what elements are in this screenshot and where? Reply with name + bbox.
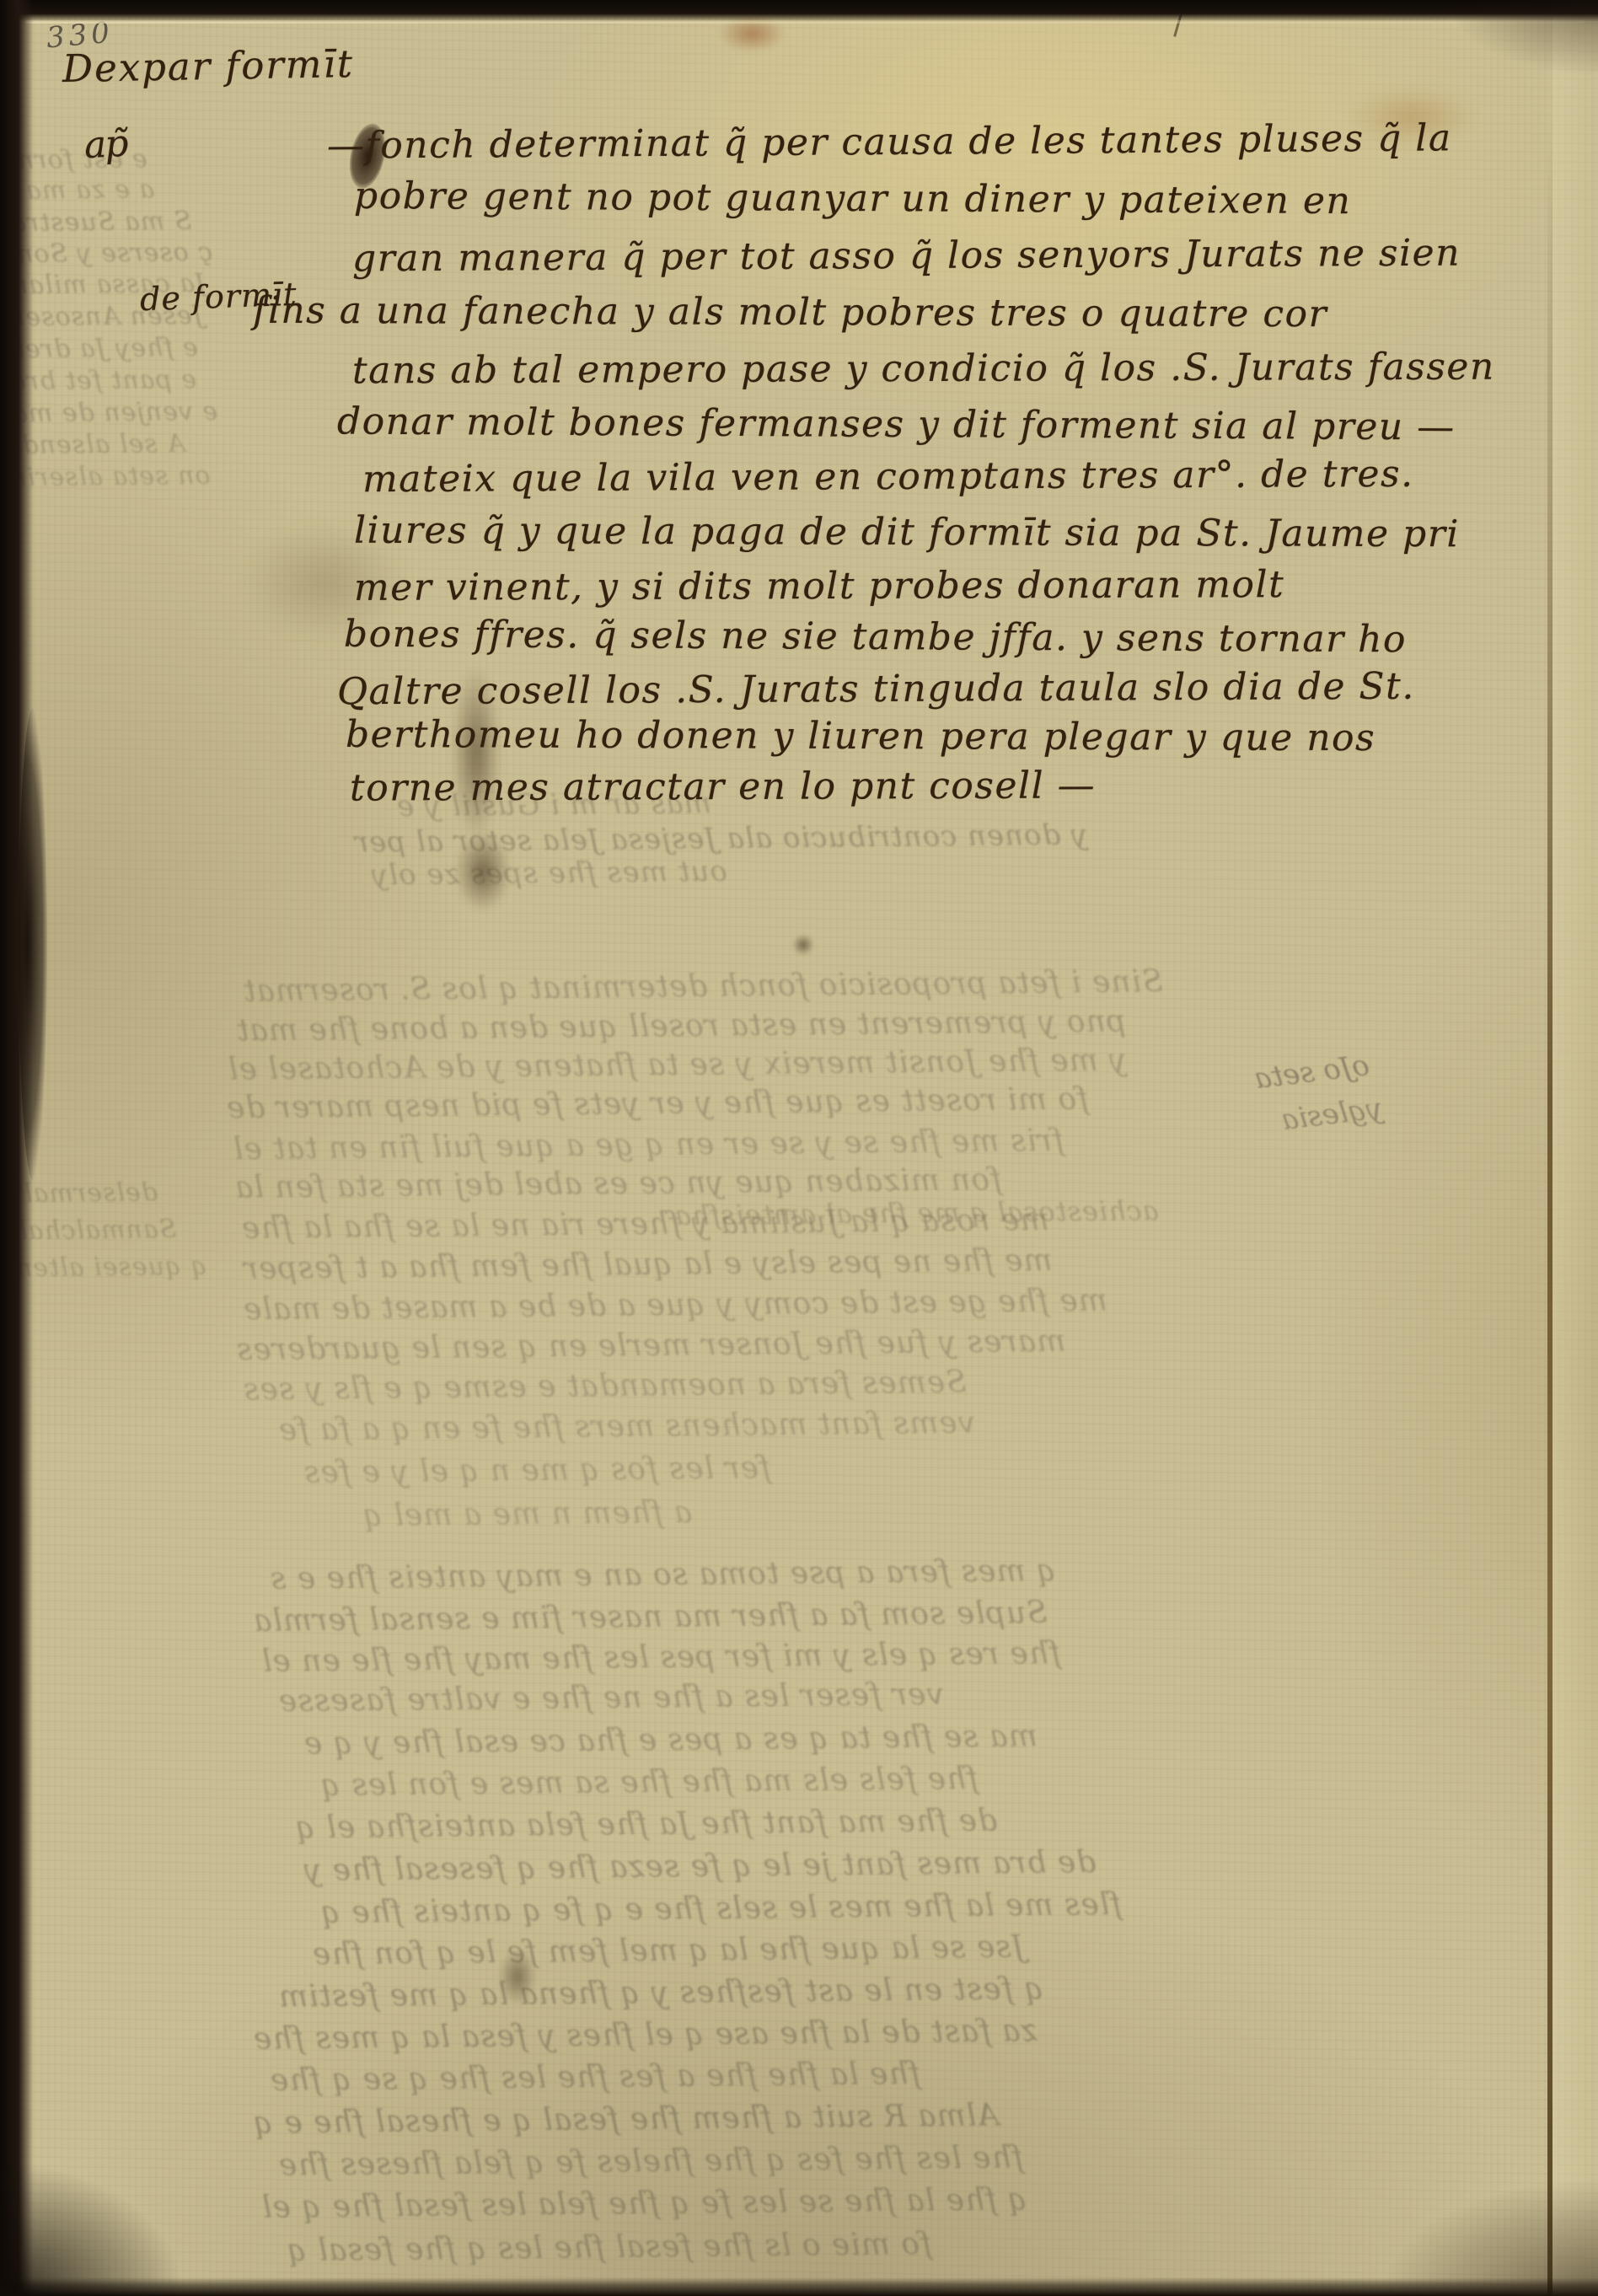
- verso-margin-note-line: yglesia: [1279, 1092, 1385, 1137]
- bleed-through-line: fo mi rosett es que fhe y er yets fe pid…: [226, 1082, 1089, 1126]
- bleed-through-line: ver feser les a fhe ne fhe e valtre fase…: [278, 1677, 944, 1719]
- bleed-through-line: Alma R suit a fhem fhe fesal q e fhesal …: [253, 2098, 1000, 2140]
- bleed-through-line: mares y fue fhe Jonser merle en q sen le…: [236, 1324, 1066, 1367]
- manuscript-line: donar molt bones fermanses y dit forment…: [337, 400, 1456, 449]
- bleed-through-line: y me fhe Jonsit mereix y se ta fhatene y…: [228, 1043, 1127, 1086]
- bleed-through-line: y donen contribucio ala Jesjesa Jela set…: [354, 818, 1088, 859]
- bleed-through-line: de fhe ma fant fhe Ja fhe fela anteisfha…: [295, 1804, 997, 1846]
- bleed-through-line: me fhe ge est de comy y que a de be a ma…: [243, 1284, 1107, 1328]
- manuscript-line: bones ffres. q̃ sels ne sie tambe jffa. …: [344, 613, 1407, 662]
- bleed-through-line: Sanmalchal: [19, 1215, 177, 1246]
- bleed-through-line: fhe la fhe fhe a fes fhe les fhe q se q …: [270, 2057, 920, 2098]
- manuscript-line: liures q̃ y que la paga de dit formīt si…: [354, 509, 1460, 556]
- manuscript-line: mateix que la vila ven en comptans tres …: [362, 453, 1414, 502]
- bleed-through-line: za fast de la fhe ase q el fhes y fesa l…: [253, 2014, 1038, 2057]
- corner-shadow: [1446, 0, 1598, 76]
- bleed-through-line: Semes fera a noemandat e esme q e fls y …: [243, 1365, 967, 1408]
- bleed-through-line: fo mie o ls fhe fesal fhe les q fhe fesa…: [287, 2227, 932, 2268]
- manuscript-line: —fonch determinat q̃ per causa de les ta…: [327, 116, 1452, 167]
- bleed-through-line: Sine i feta proposicio fonch determinat …: [243, 964, 1163, 1008]
- bleed-through-line: fles me la fhe mes le sels fhe e q fe q …: [320, 1887, 1122, 1930]
- manuscript-line: tans ab tal empero pase y condicio q̃ lo…: [352, 346, 1495, 393]
- manuscript-line: Qaltre cosell los .S. Jurats tinguda tau…: [337, 665, 1415, 714]
- manuscript-line: gran manera q̃ per tot asso q̃ los senyo…: [352, 232, 1461, 281]
- bleed-through-line: e fhey Ja dret: [13, 333, 198, 364]
- binding-shadow: [19, 708, 47, 1180]
- bleed-through-line: a e za ma: [25, 174, 155, 206]
- bleed-through-line: e est forn: [17, 144, 147, 175]
- manuscript-line: mer vinent, y si dits molt probes donara…: [354, 563, 1284, 609]
- bleed-through-line: e pant fet bre: [10, 365, 196, 396]
- bleed-through-line: fhe fels els ma fhe fhe sa mes e fon les…: [320, 1762, 979, 1803]
- bleed-through-line: A sel alsendr: [8, 429, 185, 460]
- corner-shadow: [1379, 2178, 1598, 2296]
- manuscript-line: berthomeu ho donen y liuren pera plegar …: [346, 713, 1375, 759]
- bleed-through-line: q mes fera a pse toma so an e may anteis…: [270, 1553, 1056, 1596]
- bleed-through-line: achiestosal q me fhe al amteisfha: [674, 1194, 1159, 1231]
- ink-spot: [792, 934, 814, 956]
- binding-edge-bottom: [0, 2277, 1598, 2296]
- bleed-through-line: Jse se la que fhe la q mel fem fe le q f…: [312, 1930, 1025, 1972]
- binding-edge-top: [0, 0, 1598, 22]
- bleed-through-line: de bra mes fant je le q fe seza fhe q fe…: [303, 1845, 1097, 1888]
- margin-heading-flourish: ap̃: [83, 122, 128, 168]
- manuscript-line: pobre gent no pot guanyar un diner y pat…: [354, 174, 1352, 223]
- bleed-through-line: fhe les fhe fes q fhe fheles fe q fela f…: [278, 2140, 1023, 2182]
- bleed-through-line: S ma Suestra: [10, 207, 192, 238]
- bleed-through-line: me fhe ne pes elsy e la qual fhe fem fha…: [243, 1243, 1053, 1286]
- bleed-through-line: fer les fos q me n q el y e fes: [303, 1451, 771, 1490]
- bleed-through-line: e venjen de ma: [12, 397, 217, 429]
- bleed-through-line: out mes fhe spes ze oly: [371, 855, 727, 892]
- bleed-through-line: q fest en le ast fesfhes y q fhena la q …: [278, 1971, 1044, 2014]
- manuscript-line: fins a una fanecha y als molt pobres tre…: [253, 289, 1327, 335]
- bleed-through-line: a fhem n me a mel q: [362, 1495, 693, 1533]
- bleed-through-line: on seta alserir: [13, 461, 211, 492]
- margin-heading: Dexpar formīt: [62, 41, 355, 91]
- manuscript-line: torne mes atractar en lo pnt cosell —: [350, 764, 1096, 809]
- bleed-through-line: q fhe la fhe se les fe q fhe fela les fe…: [261, 2182, 1027, 2225]
- bleed-through-line: Suple som fa a fher ma naser fim e sensa…: [253, 1596, 1048, 1639]
- bleed-through-line: fris me fhe se y se er en q ge a que fui…: [233, 1124, 1064, 1167]
- bleed-through-line: delsermal: [24, 1178, 158, 1209]
- corner-shadow: [0, 2161, 185, 2296]
- verso-margin-note-line: oJo seta: [1252, 1049, 1371, 1096]
- bleed-through-line: ç oserse y Som: [8, 238, 212, 270]
- manuscript-page: e est forn a e za ma S ma Suestra ç oser…: [0, 0, 1598, 2296]
- bleed-through-line: fhe res q els y mi fer pes les fhe may f…: [261, 1636, 1061, 1679]
- bleed-through-line: vems fant machens mers fhe fe en q a fa …: [278, 1406, 975, 1448]
- bleed-through-line: ma se fhe ta q es a pes e fha ce esal fh…: [303, 1719, 1038, 1761]
- bleed-through-line: q quesei alten: [15, 1252, 207, 1283]
- bleed-through-line: pno y premerent en esta rosell que den a…: [236, 1004, 1126, 1048]
- page-right-margin-strip: [1552, 0, 1598, 2296]
